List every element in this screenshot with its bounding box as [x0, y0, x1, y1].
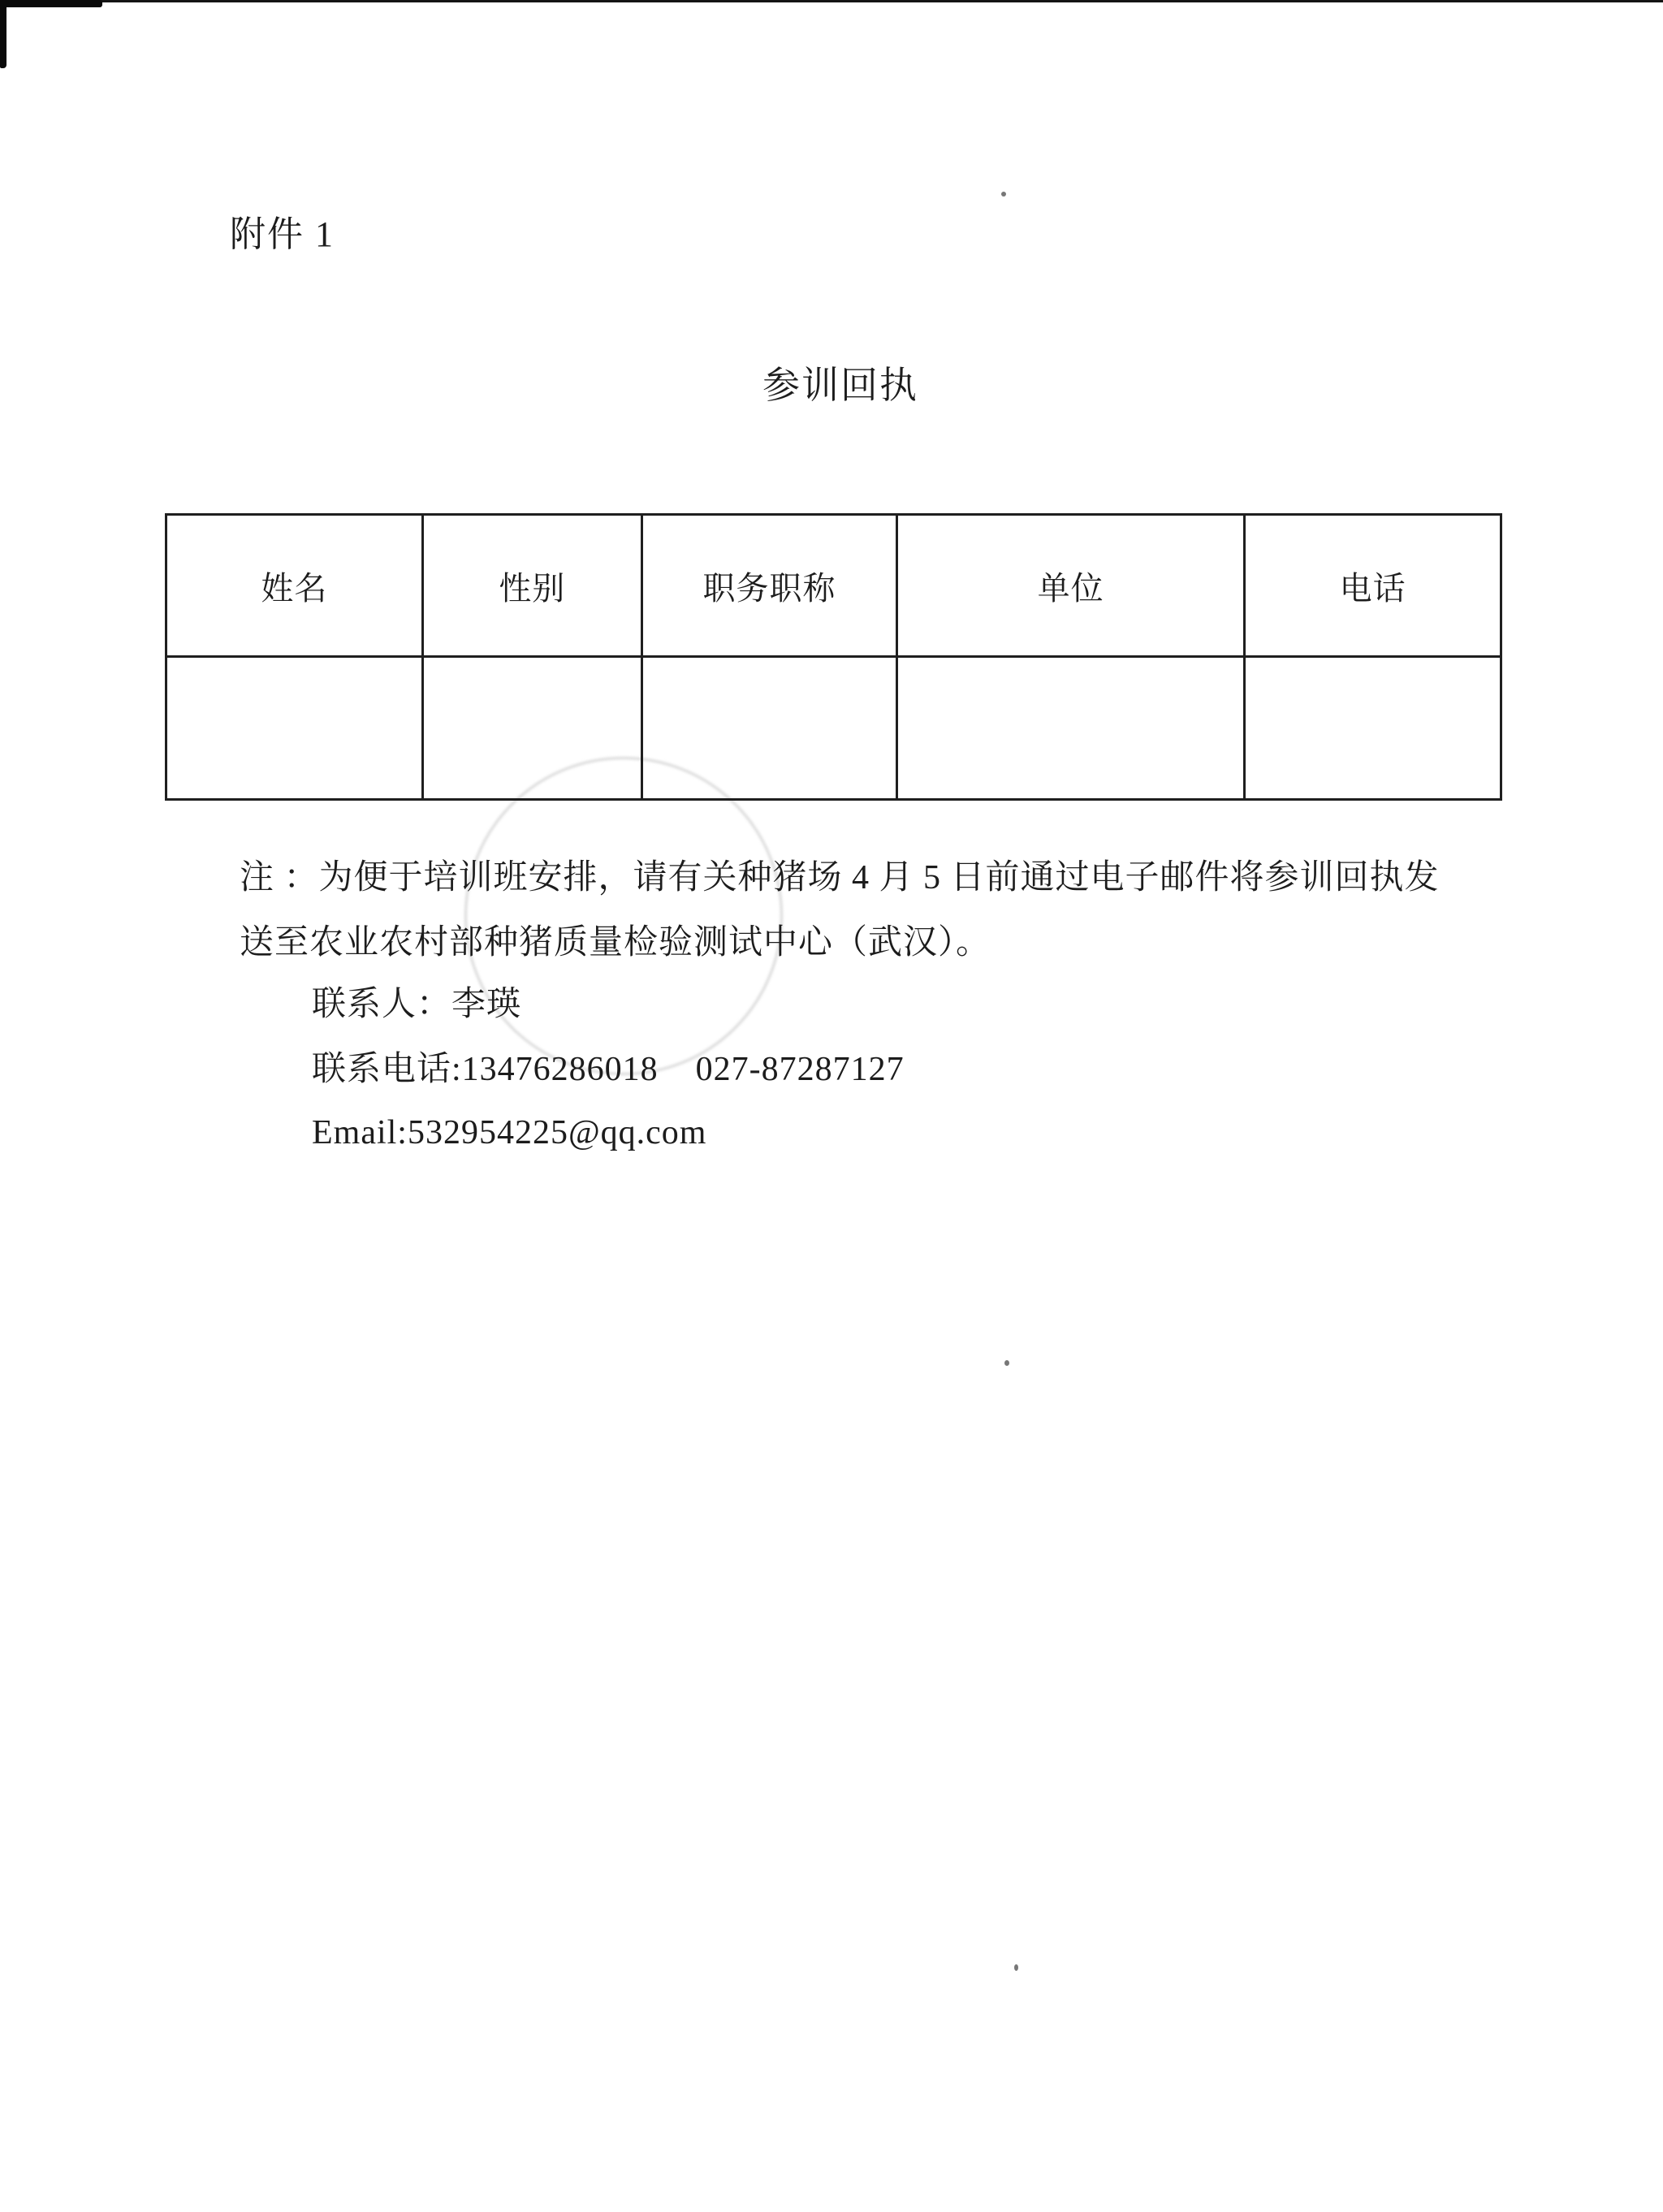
- table-blank-cell: [641, 657, 896, 800]
- contact-email-line: Email:532954225@qq.com: [312, 1116, 706, 1150]
- table-header-row: 姓名 性别 职务职称 单位 电话: [166, 515, 1501, 657]
- table-blank-cell: [422, 657, 641, 800]
- scan-edge-top-line: [0, 0, 1663, 2]
- scan-edge-left-bar: [0, 0, 6, 68]
- scan-edge-top-left-blob: [0, 0, 102, 7]
- scan-speck: [1014, 1964, 1018, 1971]
- table-blank-row: [166, 657, 1501, 800]
- table-blank-cell: [1245, 657, 1501, 800]
- table-header-gender: 性别: [422, 515, 641, 657]
- page-title: 参训回执: [762, 356, 918, 409]
- contact-phone-line: 联系电话:13476286018 027-87287127: [312, 1052, 905, 1087]
- attachment-label: 附件 1: [230, 205, 335, 257]
- table-header-position: 职务职称: [641, 515, 896, 657]
- note-line-1: 注 ：为便于培训班安排，请有关种猪场 4 月 5 日前通过电子邮件将参训回执发: [240, 861, 1440, 895]
- scan-speck: [1004, 1360, 1009, 1366]
- table-blank-cell: [897, 657, 1245, 800]
- contact-person-line: 联系人：李瑛: [312, 987, 521, 1022]
- table-blank-cell: [166, 657, 423, 800]
- table-header-name: 姓名: [166, 515, 423, 657]
- table-header-phone: 电话: [1245, 515, 1501, 657]
- table-header-unit: 单位: [897, 515, 1245, 657]
- scan-speck: [1001, 192, 1006, 197]
- scanned-document-page: 附件 1 参训回执 姓名 性别 职务职称 单位 电话 注 ：为便于培训班安排，请…: [0, 0, 1663, 2212]
- stamp-ghost-circle: [464, 757, 783, 1075]
- note-line-2: 送至农业农村部种猪质量检验测试中心（武汉）。: [240, 926, 991, 960]
- reply-table: 姓名 性别 职务职称 单位 电话: [165, 513, 1502, 801]
